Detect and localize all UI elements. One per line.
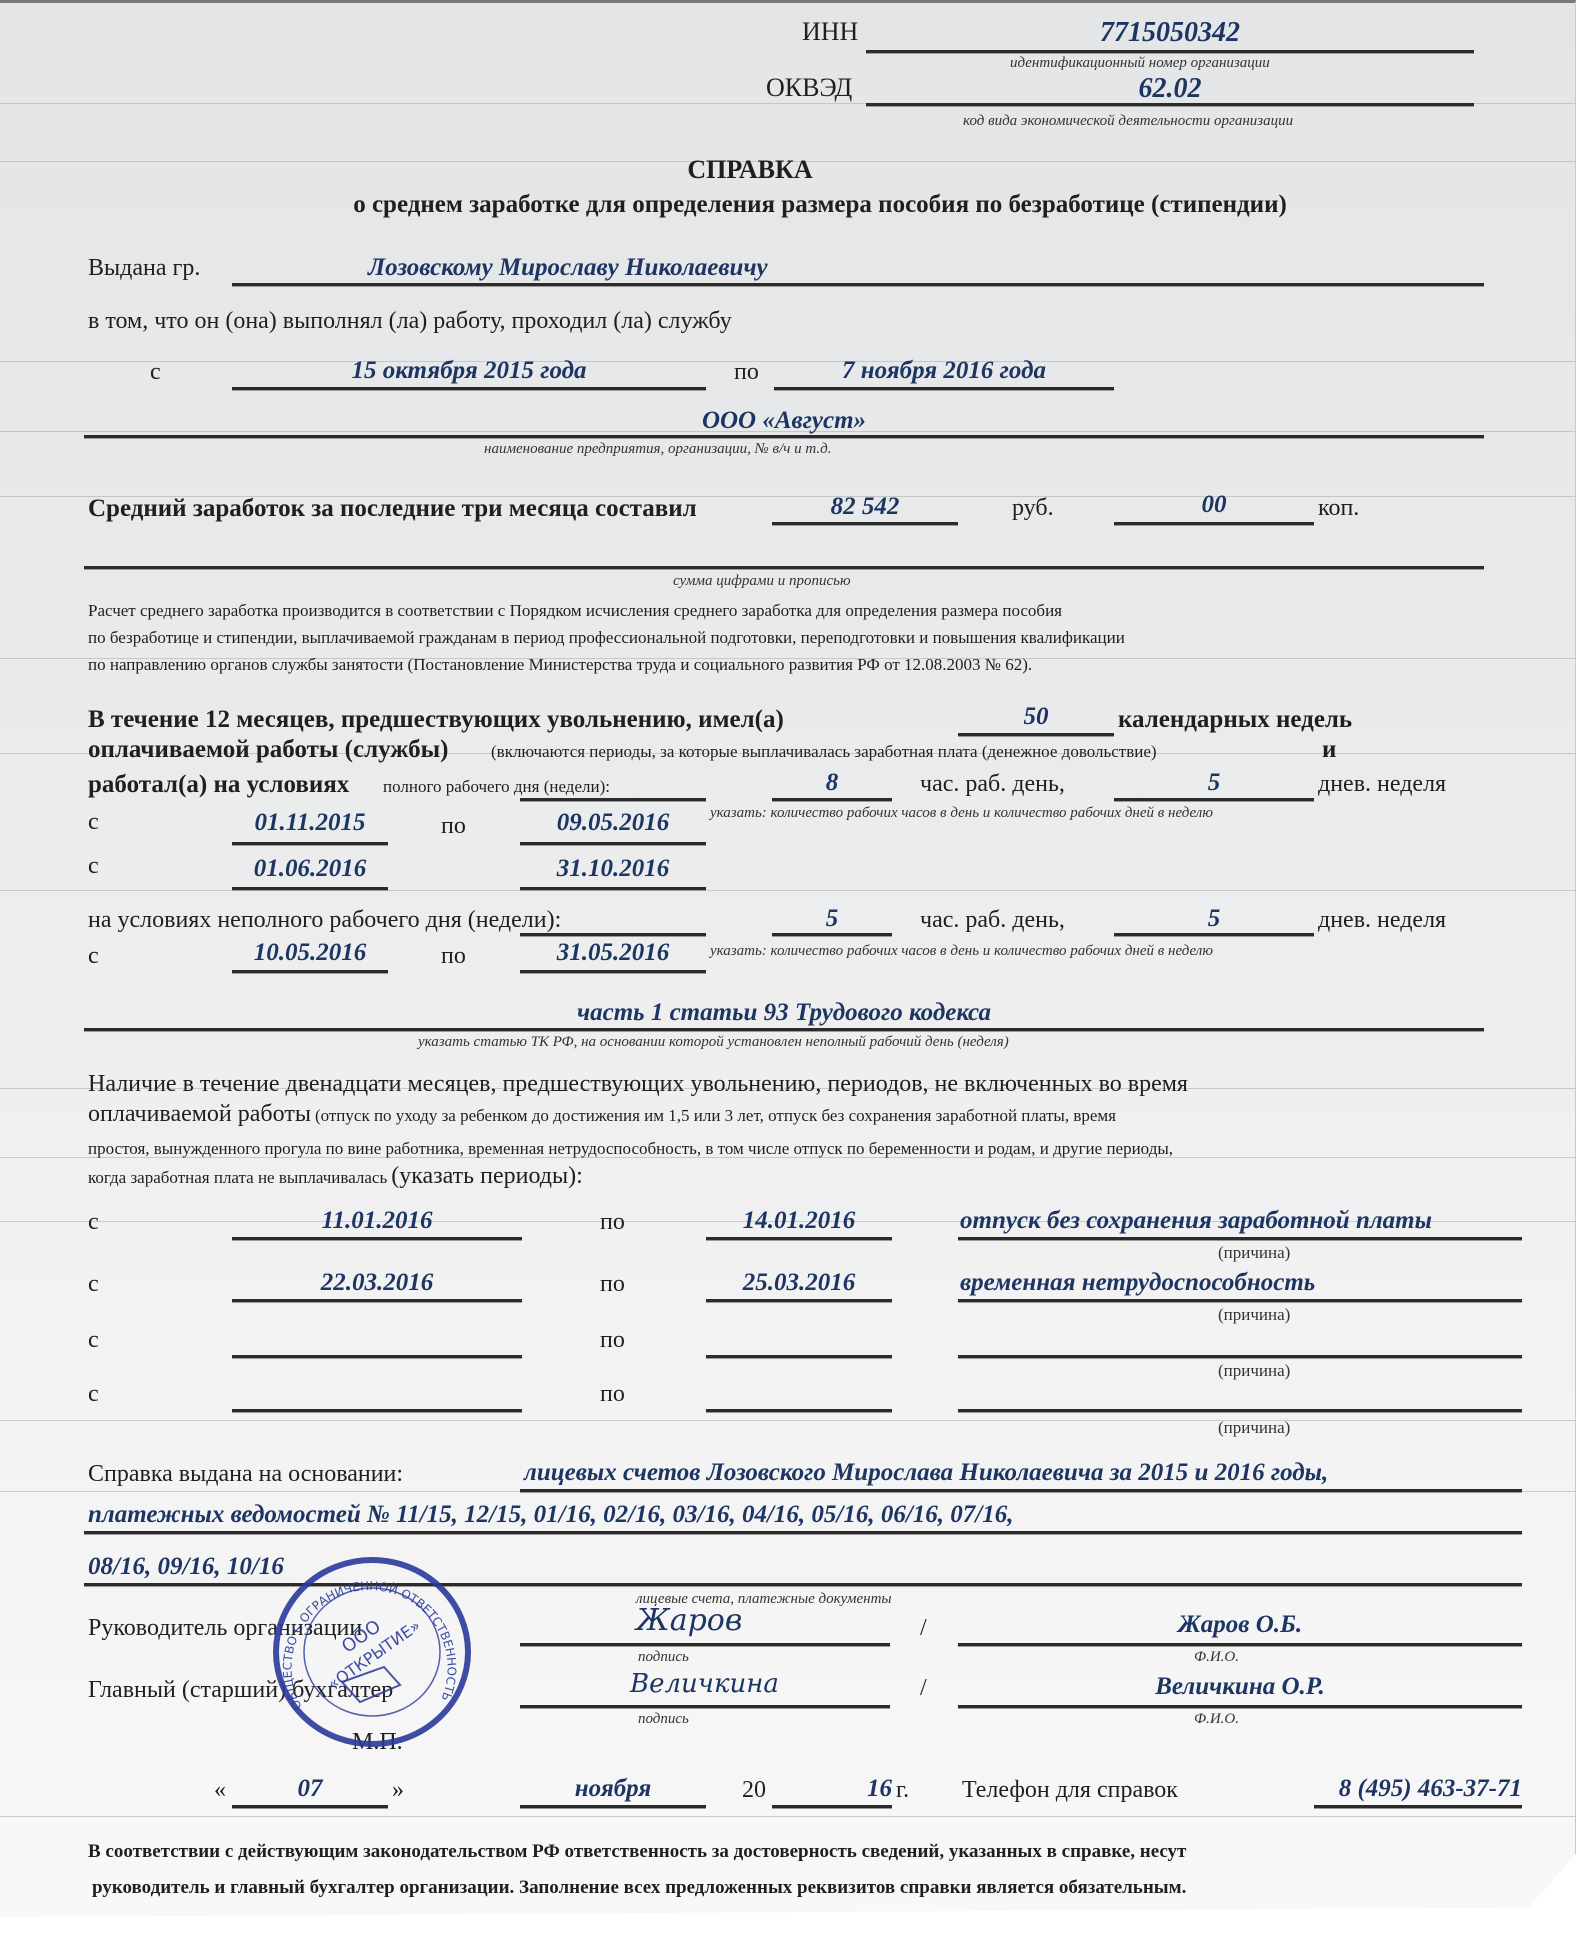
labor-code-underline (84, 1028, 1484, 1032)
full-period-1-from-label: с (88, 809, 99, 836)
inn-hint: идентификационный номер организации (1010, 55, 1270, 72)
and-conjunction: и (1322, 736, 1336, 764)
head-fio-hint: Ф.И.О. (1194, 1649, 1239, 1666)
excluded-2-from-underline (232, 1299, 522, 1303)
part-time-label: на условиях неполного рабочего дня (неде… (88, 907, 561, 934)
inn-value: 7715050342 (866, 17, 1474, 49)
accountant-name-underline (958, 1705, 1522, 1709)
full-time-hours-underline (772, 798, 892, 802)
part-time-hours-unit: час. раб. день, (920, 907, 1065, 934)
date-close-quote: » (392, 1777, 404, 1804)
issue-day-underline (232, 1805, 388, 1809)
full-time-hours-value: 8 (772, 769, 892, 797)
okved-underline (866, 103, 1474, 107)
excluded-2-to: 25.03.2016 (706, 1269, 892, 1297)
worked-conditions-label: работал(а) на условиях (88, 771, 349, 799)
excluded-1-reason: отпуск без сохранения заработной платы (960, 1207, 1432, 1235)
excluded-3-to-label: по (600, 1327, 625, 1354)
calculation-note-line-1: Расчет среднего заработка производится в… (88, 601, 1062, 621)
excluded-1-to-underline (706, 1237, 892, 1241)
issue-month: ноября (520, 1775, 706, 1803)
excluded-4-to-underline (706, 1409, 892, 1413)
certificate-sheet: ИНН 7715050342 идентификационный номер о… (0, 0, 1576, 1921)
phone-value: 8 (495) 463-37-71 (1314, 1775, 1522, 1803)
part-time-underline (520, 933, 706, 937)
paid-weeks-underline (958, 733, 1114, 737)
full-time-hint: указать: количество рабочих часов в день… (710, 805, 1213, 822)
issue-century: 20 (742, 1777, 766, 1804)
head-signature: Жаров (636, 1603, 742, 1638)
company-seal-icon: ОБЩЕСТВО С ОГРАНИЧЕННОЙ ОТВЕТСТВЕННОСТЬЮ… (272, 1557, 472, 1747)
organization-underline (84, 435, 1484, 439)
head-slash: / (920, 1615, 927, 1642)
document-subtitle: о среднем заработке для определения разм… (0, 191, 1583, 219)
excluded-1-to: 14.01.2016 (706, 1207, 892, 1235)
part-period-from: 10.05.2016 (232, 939, 388, 967)
excluded-2-to-label: по (600, 1271, 625, 1298)
period-from-label: с (150, 359, 161, 386)
earnings-label: Средний заработок за последние три месяц… (88, 495, 697, 523)
full-time-hours-unit: час. раб. день, (920, 771, 1065, 798)
weeks-unit: календарных недель (1118, 706, 1352, 734)
excluded-4-reason-hint: (причина) (1218, 1418, 1290, 1438)
basis-line-1-underline (520, 1489, 1522, 1493)
head-name-underline (958, 1643, 1522, 1647)
employment-start-underline (232, 387, 706, 391)
okved-hint: код вида экономической деятельности орга… (963, 113, 1293, 130)
earnings-words-underline (84, 566, 1484, 570)
inn-label: ИНН (802, 17, 858, 47)
full-period-1-to: 09.05.2016 (520, 809, 706, 837)
excluded-periods-line-4-main: (указать периоды): (391, 1163, 583, 1189)
full-time-days-value: 5 (1114, 769, 1314, 797)
excluded-1-from-label: с (88, 1209, 99, 1236)
phone-label: Телефон для справок (962, 1777, 1178, 1804)
excluded-periods-line-2-note: (отпуск по уходу за ребенком до достижен… (315, 1106, 1116, 1125)
employment-end-underline (774, 387, 1114, 391)
basis-line-2: платежных ведомостей № 11/15, 12/15, 01/… (88, 1501, 1014, 1529)
full-period-1-to-underline (520, 842, 706, 846)
earnings-rub-value: 82 542 (772, 493, 958, 521)
kop-label: коп. (1318, 495, 1359, 522)
accountant-signature: Величкина (630, 1669, 779, 1699)
excluded-2-from: 22.03.2016 (232, 1269, 522, 1297)
work-statement: в том, что он (она) выполнял (ла) работу… (88, 308, 732, 335)
part-period-from-underline (232, 970, 388, 974)
part-time-days-underline (1114, 933, 1314, 937)
excluded-2-reason: временная нетрудоспособность (960, 1269, 1315, 1297)
basis-line-1: лицевых счетов Лозовского Мирослава Нико… (524, 1459, 1328, 1487)
part-time-hours-underline (772, 933, 892, 937)
issue-year-underline (772, 1805, 892, 1809)
part-time-hours-value: 5 (772, 905, 892, 933)
organization-hint: наименование предприятия, организации, №… (484, 441, 832, 458)
excluded-1-to-label: по (600, 1209, 625, 1236)
issued-label: Выдана гр. (88, 255, 200, 282)
excluded-periods-line-2: оплачиваемой работы (отпуск по уходу за … (88, 1101, 1116, 1128)
excluded-2-from-label: с (88, 1271, 99, 1298)
part-time-days-unit: днев. неделя (1318, 907, 1446, 934)
liability-note-line-1: В соответствии с действующим законодател… (88, 1841, 1186, 1863)
full-period-2-from-label: с (88, 853, 99, 880)
excluded-3-reason-underline (958, 1355, 1522, 1359)
liability-note-line-2: руководитель и главный бухгалтер организ… (92, 1877, 1186, 1899)
basis-line-2-underline (84, 1531, 1522, 1535)
head-signature-underline (520, 1643, 890, 1647)
okved-label: ОКВЭД (766, 73, 852, 103)
employment-start-date: 15 октября 2015 года (232, 357, 706, 385)
accountant-signature-hint: подпись (638, 1711, 689, 1728)
excluded-3-from-underline (232, 1355, 522, 1359)
head-name: Жаров О.Б. (958, 1611, 1522, 1639)
part-period-to-underline (520, 970, 706, 974)
full-period-2-from: 01.06.2016 (232, 855, 388, 883)
paid-work-note: (включаются периоды, за которые выплачив… (491, 742, 1157, 762)
full-period-1-to-label: по (441, 813, 466, 840)
excluded-3-to-underline (706, 1355, 892, 1359)
period-to-label: по (734, 359, 759, 386)
okved-value: 62.02 (866, 73, 1474, 105)
excluded-1-from-underline (232, 1237, 522, 1241)
full-period-1-from-underline (232, 842, 388, 846)
part-time-hint: указать: количество рабочих часов в день… (710, 943, 1213, 960)
earnings-kop-underline (1114, 522, 1314, 526)
paid-work-label: оплачиваемой работы (службы) (88, 736, 448, 764)
excluded-4-reason-underline (958, 1409, 1522, 1413)
full-time-days-unit: днев. неделя (1318, 771, 1446, 798)
part-period-to: 31.05.2016 (520, 939, 706, 967)
excluded-4-from-underline (232, 1409, 522, 1413)
full-time-days-underline (1114, 798, 1314, 802)
rub-label: руб. (1012, 495, 1054, 522)
accountant-fio-hint: Ф.И.О. (1194, 1711, 1239, 1728)
full-period-1-from: 01.11.2015 (232, 809, 388, 837)
issue-year-suffix: г. (896, 1777, 909, 1804)
part-time-days-value: 5 (1114, 905, 1314, 933)
excluded-2-reason-hint: (причина) (1218, 1305, 1290, 1325)
head-signature-hint: подпись (638, 1649, 689, 1666)
weeks-statement: В течение 12 месяцев, предшествующих уво… (88, 706, 784, 734)
issue-month-underline (520, 1805, 706, 1809)
excluded-2-reason-underline (958, 1299, 1522, 1303)
labor-code-hint: указать статью ТК РФ, на основании котор… (418, 1034, 1009, 1051)
issue-day: 07 (232, 1775, 388, 1803)
accountant-slash: / (920, 1675, 927, 1702)
excluded-1-reason-underline (958, 1237, 1522, 1241)
basis-line-3: 08/16, 09/16, 10/16 (88, 1553, 284, 1581)
part-period-to-label: по (441, 943, 466, 970)
labor-code-article: часть 1 статьи 93 Трудового кодекса (84, 999, 1484, 1027)
earnings-words-hint: сумма цифрами и прописью (673, 573, 851, 590)
full-period-2-from-underline (232, 887, 388, 891)
excluded-periods-line-3: простоя, вынужденного прогула по вине ра… (88, 1139, 1173, 1159)
excluded-2-to-underline (706, 1299, 892, 1303)
calculation-note-line-2: по безработице и стипендии, выплачиваемо… (88, 628, 1125, 648)
excluded-4-to-label: по (600, 1381, 625, 1408)
earnings-rub-underline (772, 522, 958, 526)
full-period-2-to: 31.10.2016 (520, 855, 706, 883)
excluded-3-reason-hint: (причина) (1218, 1361, 1290, 1381)
full-time-underline (520, 798, 706, 802)
part-period-from-label: с (88, 943, 99, 970)
accountant-name: Величкина О.Р. (958, 1673, 1522, 1701)
phone-underline (1314, 1805, 1522, 1809)
recipient-underline (232, 283, 1484, 287)
basis-label: Справка выдана на основании: (88, 1461, 403, 1488)
issue-year: 16 (772, 1775, 892, 1803)
employment-end-date: 7 ноября 2016 года (774, 357, 1114, 385)
excluded-4-from-label: с (88, 1381, 99, 1408)
excluded-3-from-label: с (88, 1327, 99, 1354)
excluded-periods-line-2-main: оплачиваемой работы (88, 1101, 311, 1127)
date-open-quote: « (214, 1777, 226, 1804)
earnings-kop-value: 00 (1114, 491, 1314, 519)
inn-underline (866, 50, 1474, 54)
document-title: СПРАВКА (0, 155, 1500, 185)
paid-weeks-value: 50 (958, 703, 1114, 731)
excluded-periods-line-4: когда заработная плата не выплачивалась … (88, 1163, 583, 1190)
calculation-note-line-3: по направлению органов службы занятости … (88, 655, 1032, 675)
accountant-signature-underline (520, 1705, 890, 1709)
organization-name: ООО «Август» (84, 407, 1484, 435)
excluded-1-reason-hint: (причина) (1218, 1243, 1290, 1263)
recipient-name: Лозовскому Мирославу Николаевичу (368, 254, 768, 282)
full-time-note: полного рабочего дня (недели): (383, 777, 610, 797)
excluded-periods-line-1: Наличие в течение двенадцати месяцев, пр… (88, 1071, 1188, 1098)
full-period-2-to-underline (520, 887, 706, 891)
excluded-periods-line-4-note: когда заработная плата не выплачивалась (88, 1168, 387, 1187)
excluded-1-from: 11.01.2016 (232, 1207, 522, 1235)
